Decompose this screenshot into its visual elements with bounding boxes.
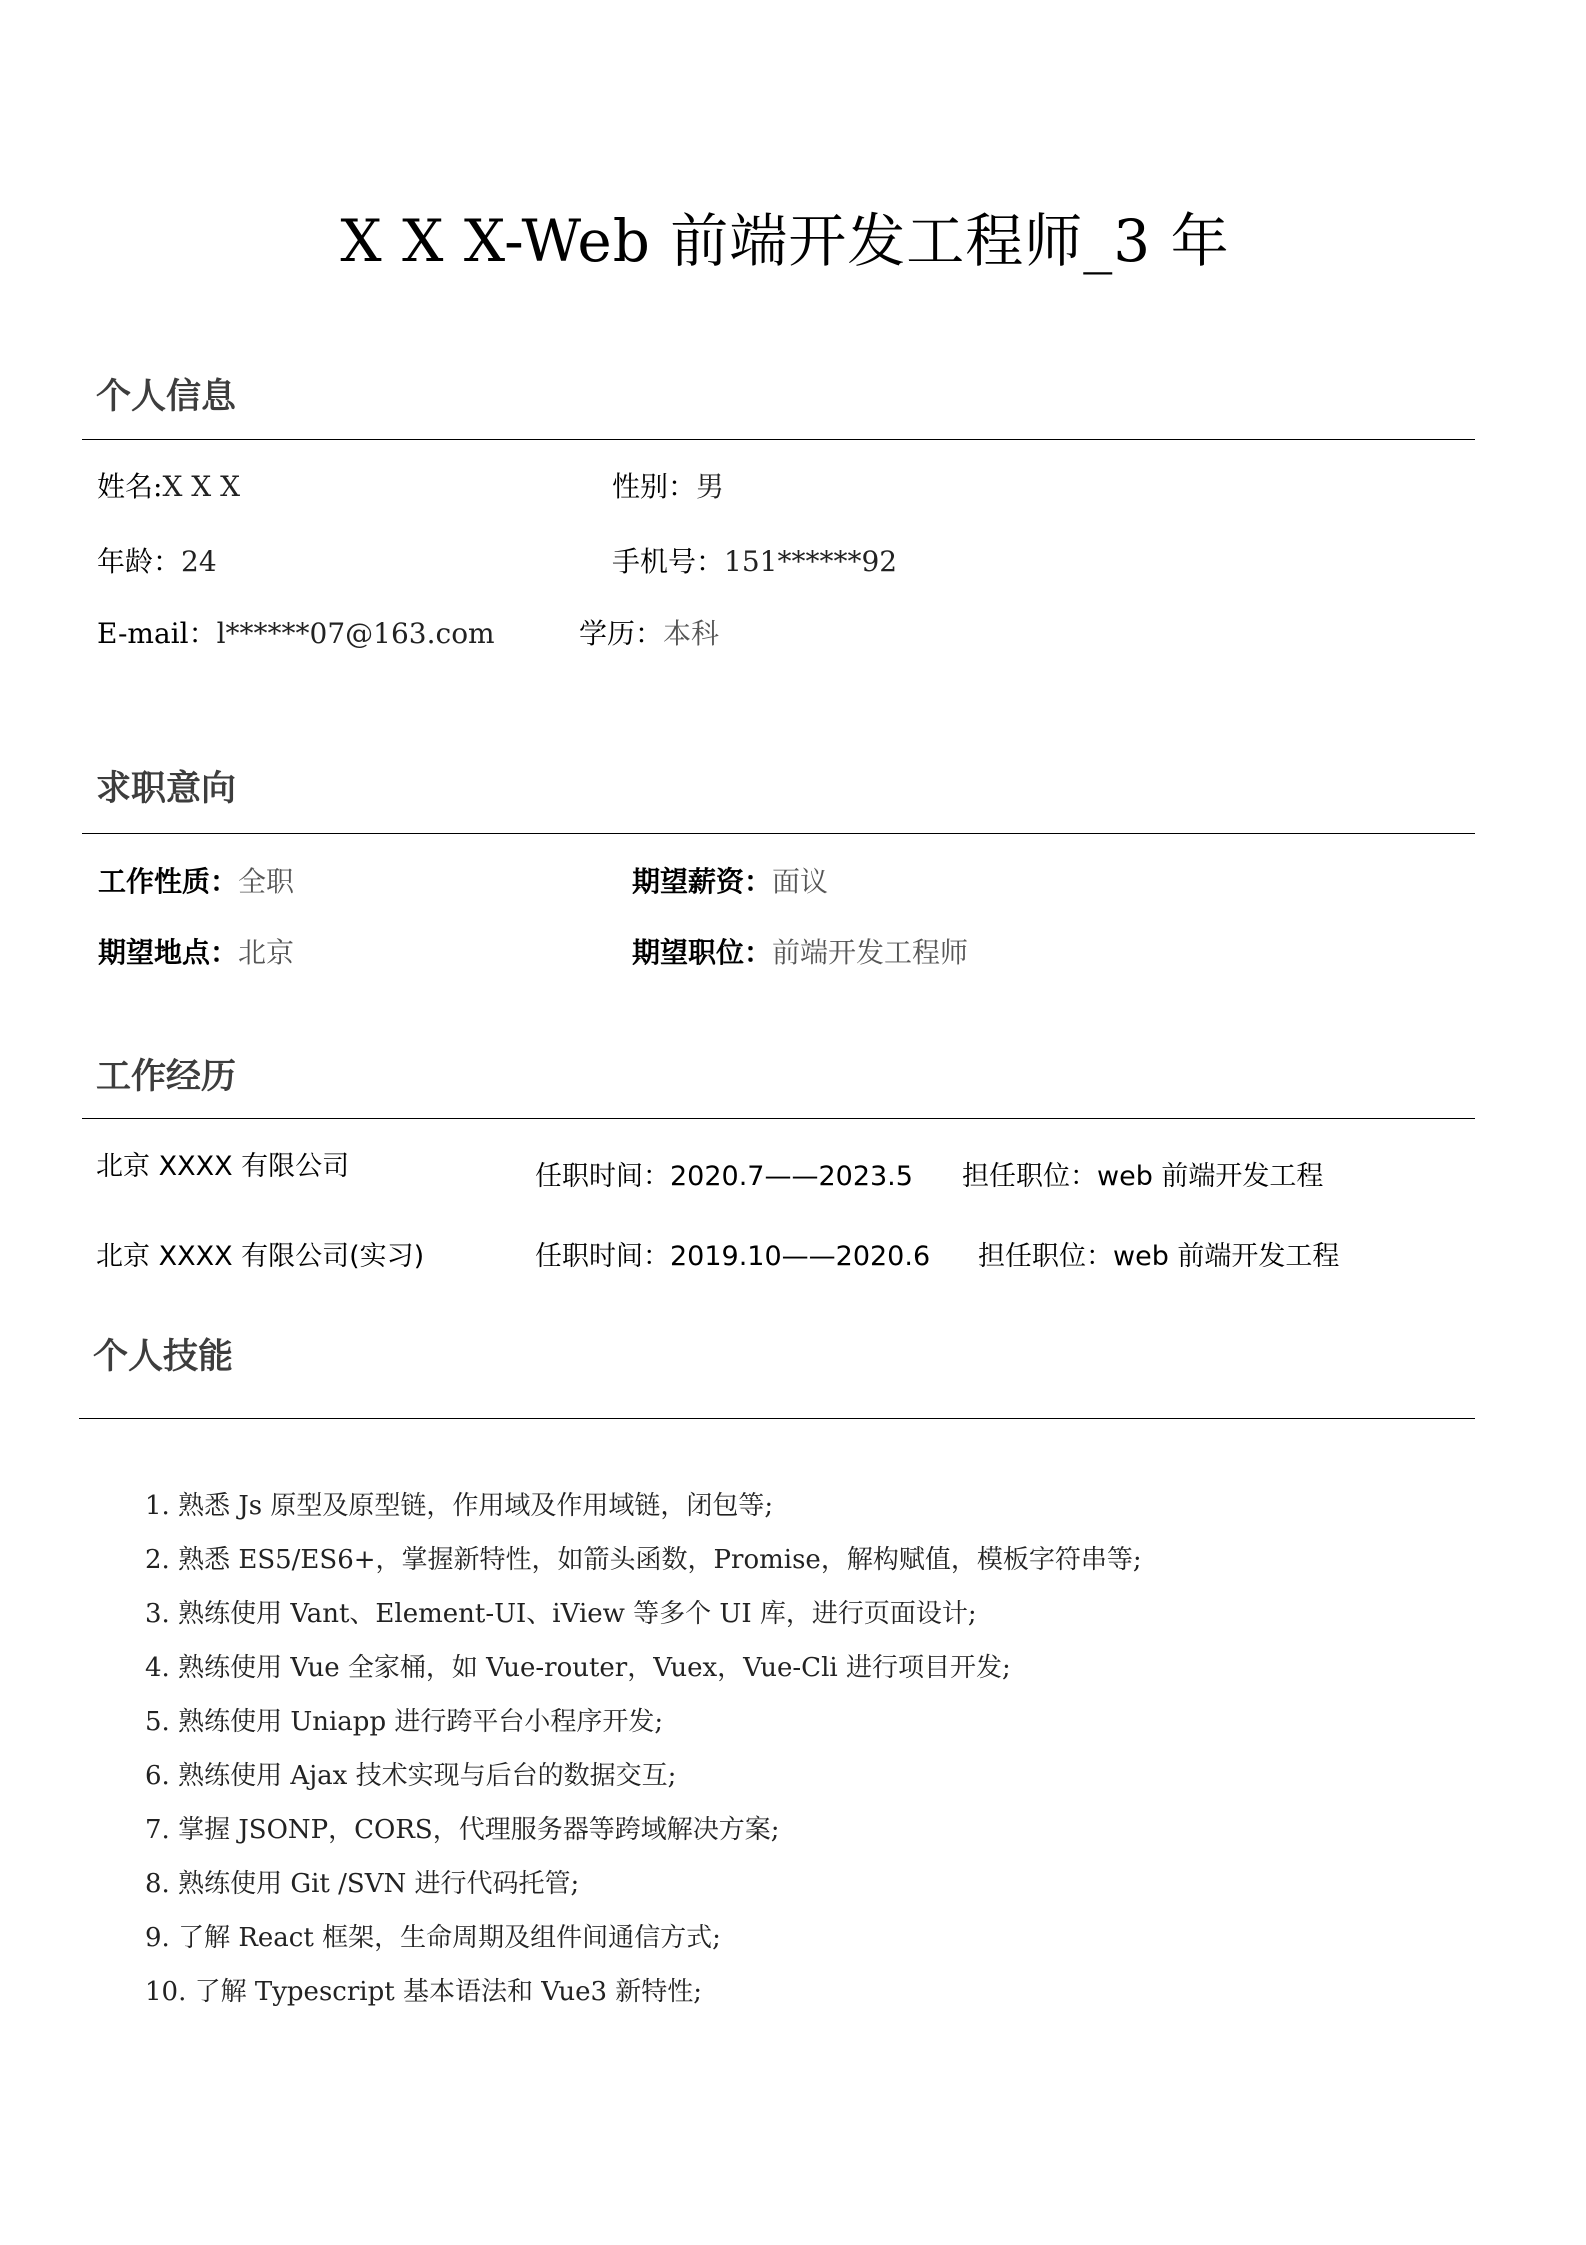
field-value: l******07@163.com [217, 617, 495, 650]
field-value: 24 [181, 545, 217, 578]
list-item: 7. 掌握 JSONP，CORS，代理服务器等跨域解决方案; [145, 1814, 1142, 1868]
field-value: 本科 [663, 617, 719, 650]
field-phone: 手机号：151******92 [612, 548, 897, 576]
skills-list: 1. 熟悉 Js 原型及原型链，作用域及作用域链，闭包等; 2. 熟悉 ES5/… [145, 1490, 1142, 2030]
section-divider [82, 833, 1475, 834]
experience-role: 担任职位：web 前端开发工程 [978, 1243, 1339, 1270]
experience-role: 担任职位：web 前端开发工程 [962, 1163, 1323, 1190]
field-value: 全职 [238, 865, 294, 898]
list-item: 6. 熟练使用 Ajax 技术实现与后台的数据交互; [145, 1760, 1142, 1814]
section-divider [79, 1418, 1475, 1419]
field-age: 年龄：24 [97, 548, 217, 576]
field-label: 期望薪资： [632, 865, 772, 898]
field-salary: 期望薪资：面议 [632, 868, 828, 896]
section-heading-experience: 工作经历 [96, 1060, 236, 1095]
experience-company: 北京 XXXX 有限公司(实习) [96, 1243, 424, 1270]
list-item: 3. 熟练使用 Vant、Element-UI、iView 等多个 UI 库，进… [145, 1598, 1142, 1652]
section-heading-personal: 个人信息 [96, 380, 236, 415]
field-value: 前端开发工程师 [772, 936, 968, 969]
field-label: 性别： [612, 470, 696, 503]
field-label: 期望地点： [98, 936, 238, 969]
list-item: 1. 熟悉 Js 原型及原型链，作用域及作用域链，闭包等; [145, 1490, 1142, 1544]
list-item: 9. 了解 React 框架，生命周期及组件间通信方式; [145, 1922, 1142, 1976]
field-value: 北京 [238, 936, 294, 969]
field-position: 期望职位：前端开发工程师 [632, 939, 968, 967]
list-item: 4. 熟练使用 Vue 全家桶，如 Vue-router，Vuex，Vue-Cl… [145, 1652, 1142, 1706]
field-label: 手机号： [612, 545, 724, 578]
list-item: 5. 熟练使用 Uniapp 进行跨平台小程序开发; [145, 1706, 1142, 1760]
experience-company: 北京 XXXX 有限公司 [96, 1153, 349, 1180]
resume-title: X X X-Web 前端开发工程师_3 年 [0, 212, 1570, 270]
field-label: 姓名: [97, 470, 162, 503]
field-label: E-mail： [97, 617, 217, 650]
field-work-type: 工作性质：全职 [98, 868, 294, 896]
experience-period: 任职时间：2019.10——2020.6 [535, 1243, 930, 1270]
field-value: 面议 [772, 865, 828, 898]
section-divider [82, 1118, 1475, 1119]
field-label: 期望职位： [632, 936, 772, 969]
field-name: 姓名:X X X [97, 473, 240, 501]
field-value: X X X [162, 470, 240, 503]
list-item: 2. 熟悉 ES5/ES6+，掌握新特性，如箭头函数，Promise，解构赋值，… [145, 1544, 1142, 1598]
field-label: 年龄： [97, 545, 181, 578]
section-divider [82, 439, 1475, 440]
field-email: E-mail：l******07@163.com [97, 620, 495, 648]
field-label: 学历： [579, 617, 663, 650]
list-item: 10. 了解 Typescript 基本语法和 Vue3 新特性; [145, 1976, 1142, 2030]
section-heading-intent: 求职意向 [96, 772, 236, 807]
section-heading-skills: 个人技能 [93, 1340, 233, 1375]
field-value: 男 [696, 470, 724, 503]
experience-period: 任职时间：2020.7——2023.5 [535, 1163, 913, 1190]
field-education: 学历：本科 [579, 620, 719, 648]
field-location: 期望地点：北京 [98, 939, 294, 967]
field-value: 151******92 [724, 545, 897, 578]
field-gender: 性别：男 [612, 473, 724, 501]
field-label: 工作性质： [98, 865, 238, 898]
list-item: 8. 熟练使用 Git /SVN 进行代码托管; [145, 1868, 1142, 1922]
